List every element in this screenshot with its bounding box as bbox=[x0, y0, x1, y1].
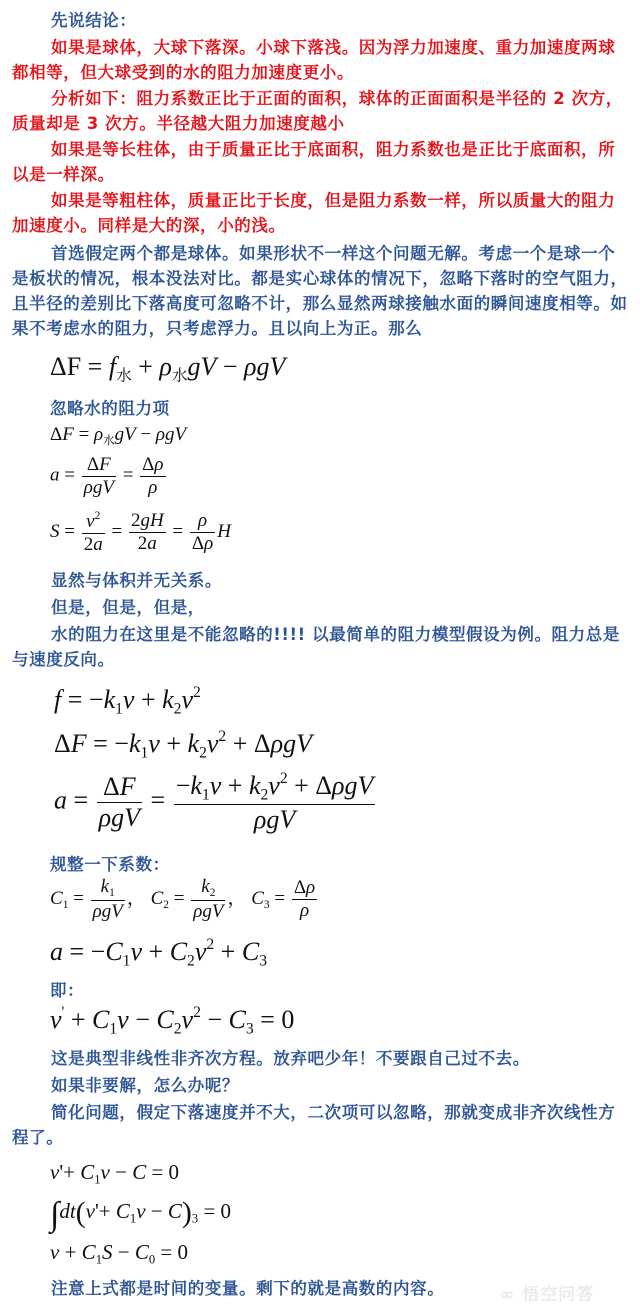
formula-acceleration: a = ΔFρgV = Δρρ bbox=[50, 454, 168, 499]
label-normalize: 规整一下系数： bbox=[50, 852, 630, 877]
text-no-relation: 显然与体积并无关系。 bbox=[12, 568, 632, 593]
watermark-wukong: ∞ 悟空问答 bbox=[500, 1280, 594, 1305]
conclusion-para-4: 如果是等粗柱体，质量正比于长度，但是阻力系数一样，所以质量大的阻力加速度小。同样… bbox=[12, 188, 632, 238]
formula-acceleration-c: a = −C1v + C2v2 + C3 bbox=[50, 936, 267, 970]
text-but: 但是，但是，但是， bbox=[12, 595, 632, 620]
formula-ode: v' + C1v − C2v2 − C3 = 0 bbox=[50, 1004, 294, 1038]
formula-depth: S = v22a = 2gH2a = ρΔρH bbox=[50, 510, 231, 556]
formula-integral: ∫dt(v'+ C1v − C)3 = 0 bbox=[50, 1196, 231, 1234]
text-drag-note: 水的阻力在这里是不能忽略的!!!! 以最简单的阻力模型假设为例。阻力总是与速度反… bbox=[12, 622, 632, 672]
formula-coefficients: C1 = k1ρgV， C2 = k2ρgV， C3 = Δρρ bbox=[50, 876, 319, 923]
formula-linear-ode: v'+ C1v − C = 0 bbox=[50, 1160, 179, 1187]
formula-delta-f-full: ΔF = f水 + ρ水gV − ρgV bbox=[50, 352, 285, 385]
formula-delta-f-simple: ΔF = ρ水gV − ρgV bbox=[50, 424, 186, 448]
label-ignore-drag: 忽略水的阻力项 bbox=[50, 396, 630, 421]
conclusion-para-3: 如果是等长柱体，由于质量正比于底面积，阻力系数也是正比于底面积，所以是一样深。 bbox=[12, 137, 632, 187]
wukong-logo-icon: ∞ bbox=[500, 1285, 522, 1305]
text-if-must: 如果非要解，怎么办呢？ bbox=[12, 1073, 632, 1098]
formula-drag-model: f = −k1v + k2v2 bbox=[54, 684, 201, 718]
text-nonlinear: 这是典型非线性非齐次方程。放弃吧少年！不要跟自己过不去。 bbox=[12, 1046, 632, 1071]
formula-delta-f-drag: ΔF = −k1v + k2v2 + ΔρgV bbox=[54, 728, 312, 762]
text-simplify: 简化问题，假定下落速度并不大，二次项可以忽略，那就变成非齐次线性方程了。 bbox=[12, 1100, 632, 1150]
formula-acceleration-drag: a = ΔFρgV = −k1v + k2v2 + ΔρgVρgV bbox=[54, 770, 377, 835]
conclusion-para-1: 如果是球体，大球下落深。小球下落浅。因为浮力加速度、重力加速度两球都相等，但大球… bbox=[12, 35, 632, 85]
heading-conclusion: 先说结论： bbox=[12, 8, 632, 33]
conclusion-para-2: 分析如下：阻力系数正比于正面的面积，球体的正面面积是半径的 2 次方，质量却是 … bbox=[12, 86, 632, 136]
analysis-intro: 首选假定两个都是球体。如果形状不一样这个问题无解。考虑一个是球一个是板状的情况，… bbox=[12, 241, 632, 341]
formula-integrated: v + C1S − C0 = 0 bbox=[50, 1240, 188, 1267]
label-ie: 即： bbox=[50, 978, 630, 1003]
